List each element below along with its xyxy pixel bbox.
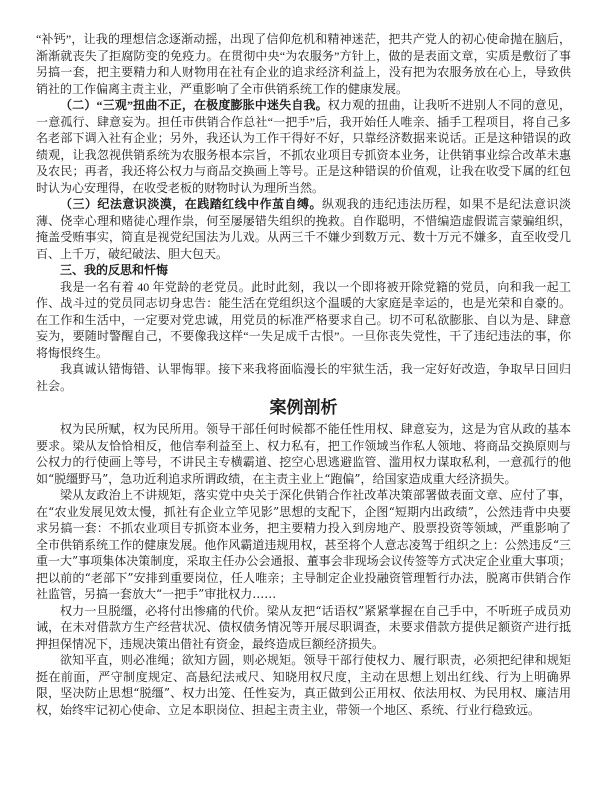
case-analysis-section: 权为民所赋，权为民所用。领导干部任何时候都不能任性用权、肆意妄为，这是为官从政的…: [36, 421, 571, 718]
analysis-paragraph-2: 梁从友政治上不讲规矩，落实党中央关于深化供销合作社改革决策部署做表面文章、应付了…: [36, 487, 571, 603]
confession-item3-lead: （三）纪法意识淡漠，在践踏红线中作茧自缚。: [60, 197, 322, 211]
analysis-paragraph-3: 权力一旦脱缰，必将付出惨痛的代价。梁从友把“话语权”紧紧掌握在自己手中，不听班子…: [36, 603, 571, 653]
confession-continuation-paragraph: “补钙”，让我的理想信念逐渐动摇，出现了信仰危机和精神迷茫，把共产党人的初心使命…: [36, 31, 571, 97]
reflection-heading: 三、我的反思和忏悔: [36, 262, 571, 279]
analysis-paragraph-1: 权为民所赋，权为民所用。领导干部任何时候都不能任性用权、肆意妄为，这是为官从政的…: [36, 421, 571, 487]
confession-item2-body: 权力观的扭曲，让我听不进别人不同的意见，一意孤行、肆意妄为。担任市供销合作总社“…: [36, 98, 571, 195]
analysis-paragraph-4: 欲知平直，则必准绳；欲知方圆，则必规矩。领导干部行使权力、履行职责，必须把纪律和…: [36, 652, 571, 718]
reflection-paragraph-1: 我是一名有着 40 年党龄的老党员。此时此刻，我以一个即将被开除党籍的党员，向和…: [36, 279, 571, 362]
document-page: “补钙”，让我的理想信念逐渐动摇，出现了信仰危机和精神迷茫，把共产党人的初心使命…: [0, 0, 602, 802]
case-analysis-title: 案例剖析: [36, 396, 571, 420]
confession-item2-lead: （二）“三观”扭曲不正，在极度膨胀中迷失自我。: [60, 98, 328, 112]
confession-item3-paragraph: （三）纪法意识淡漠，在践踏红线中作茧自缚。纵观我的违纪违法历程，如果不是纪法意识…: [36, 196, 571, 262]
confession-item2-paragraph: （二）“三观”扭曲不正，在极度膨胀中迷失自我。权力观的扭曲，让我听不进别人不同的…: [36, 97, 571, 196]
confession-section: “补钙”，让我的理想信念逐渐动摇，出现了信仰危机和精神迷茫，把共产党人的初心使命…: [36, 31, 571, 394]
reflection-paragraph-2: 我真诚认错悔错、认罪悔罪。接下来我将面临漫长的牢狱生活，我一定好好改造，争取早日…: [36, 361, 571, 394]
